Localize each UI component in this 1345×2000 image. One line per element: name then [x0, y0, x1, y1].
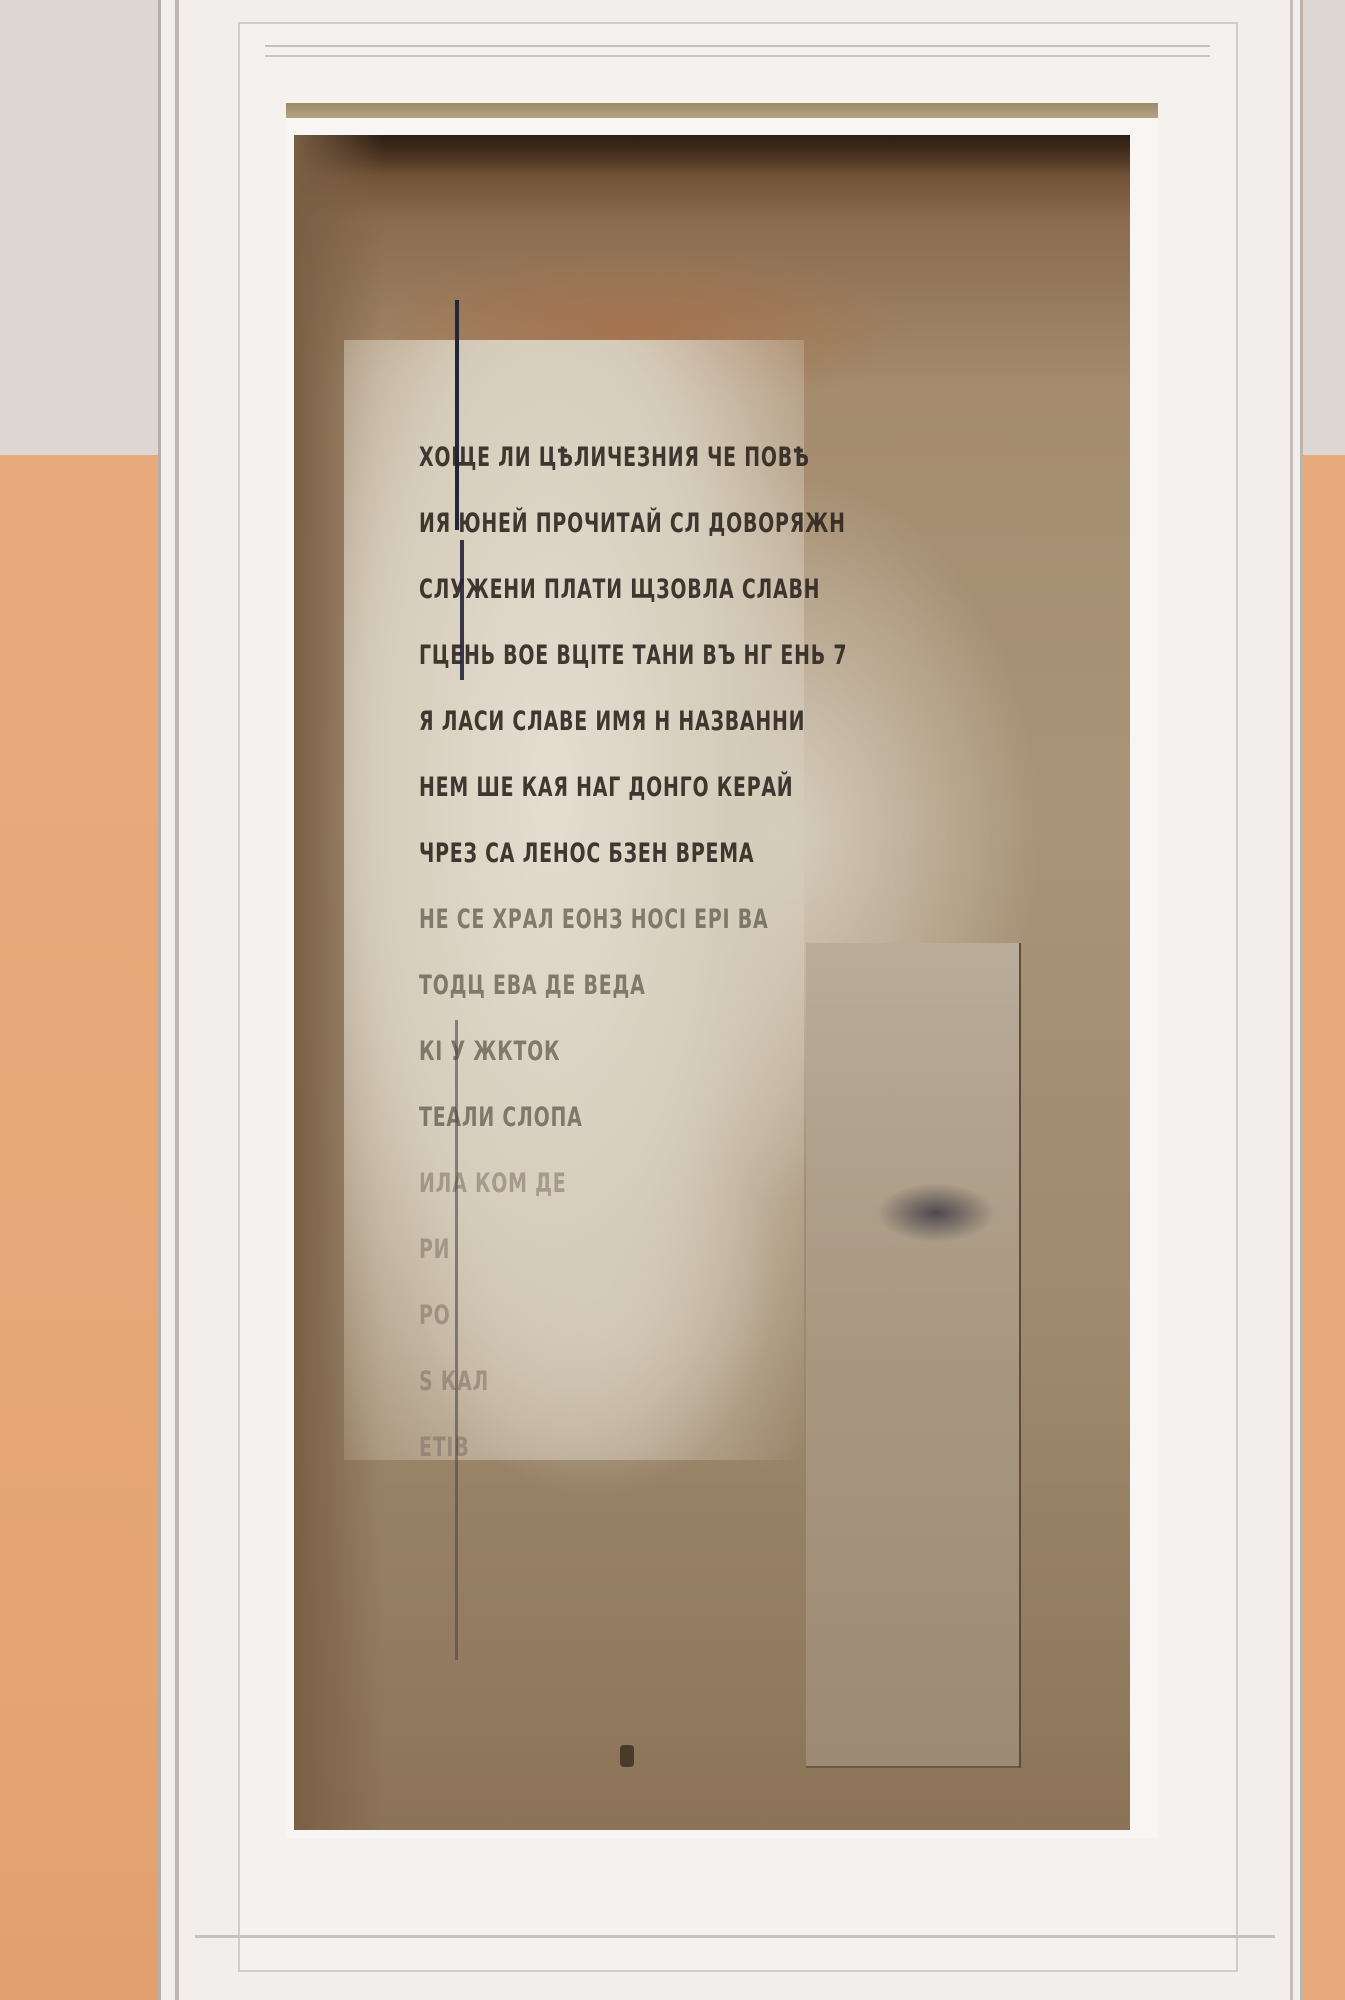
inscription-line: Я ЛАСИ СЛАВЕ ИМЯ Н НАЗВАННИ: [419, 689, 887, 755]
dark-smudge: [876, 1183, 996, 1243]
secondary-slab: [806, 943, 1021, 1768]
dark-line-mark: [455, 300, 459, 530]
frame-groove-right: [1290, 0, 1293, 2000]
stone-top-shadow: [294, 135, 1130, 175]
inscription-line: ГЦЕНЬ ВОЕ ВЦІТЕ ТАНИ ВЪ НГ ЕНЬ 7: [419, 623, 887, 689]
inscription-line: СЛУЖЕНИ ПЛАТИ ЩЗОВЛА СЛАВН: [419, 557, 887, 623]
frame-bottom-molding: [195, 1935, 1275, 1938]
wall-lower-orange-right: [1300, 487, 1345, 2000]
nail: [620, 1745, 634, 1767]
frame-molding-line: [265, 45, 1210, 57]
dark-line-mark: [460, 540, 464, 680]
inscription-line: ИЯ ЮНЕЙ ПРОЧИТАЙ СЛ ДОВОРЯЖН: [419, 491, 887, 557]
dark-line-mark: [455, 1020, 458, 1660]
stone-slab: ХОЩЕ ЛИ ЦѢЛИЧЕЗНИЯ ЧЕ ПОВѢ ИЯ ЮНЕЙ ПРОЧИ…: [294, 135, 1130, 1830]
inscription-line: НЕМ ШЕ КАЯ НАГ ДОНГО КЕРАЙ: [419, 755, 887, 821]
inscription-line: ЧРЕЗ СА ЛЕНОС БЗЕН ВРЕМА: [419, 821, 887, 887]
frame-groove-left: [175, 0, 179, 2000]
lintel-shadow: [286, 103, 1158, 119]
inscription-line: ХОЩЕ ЛИ ЦѢЛИЧЕЗНИЯ ЧЕ ПОВѢ: [419, 425, 887, 491]
